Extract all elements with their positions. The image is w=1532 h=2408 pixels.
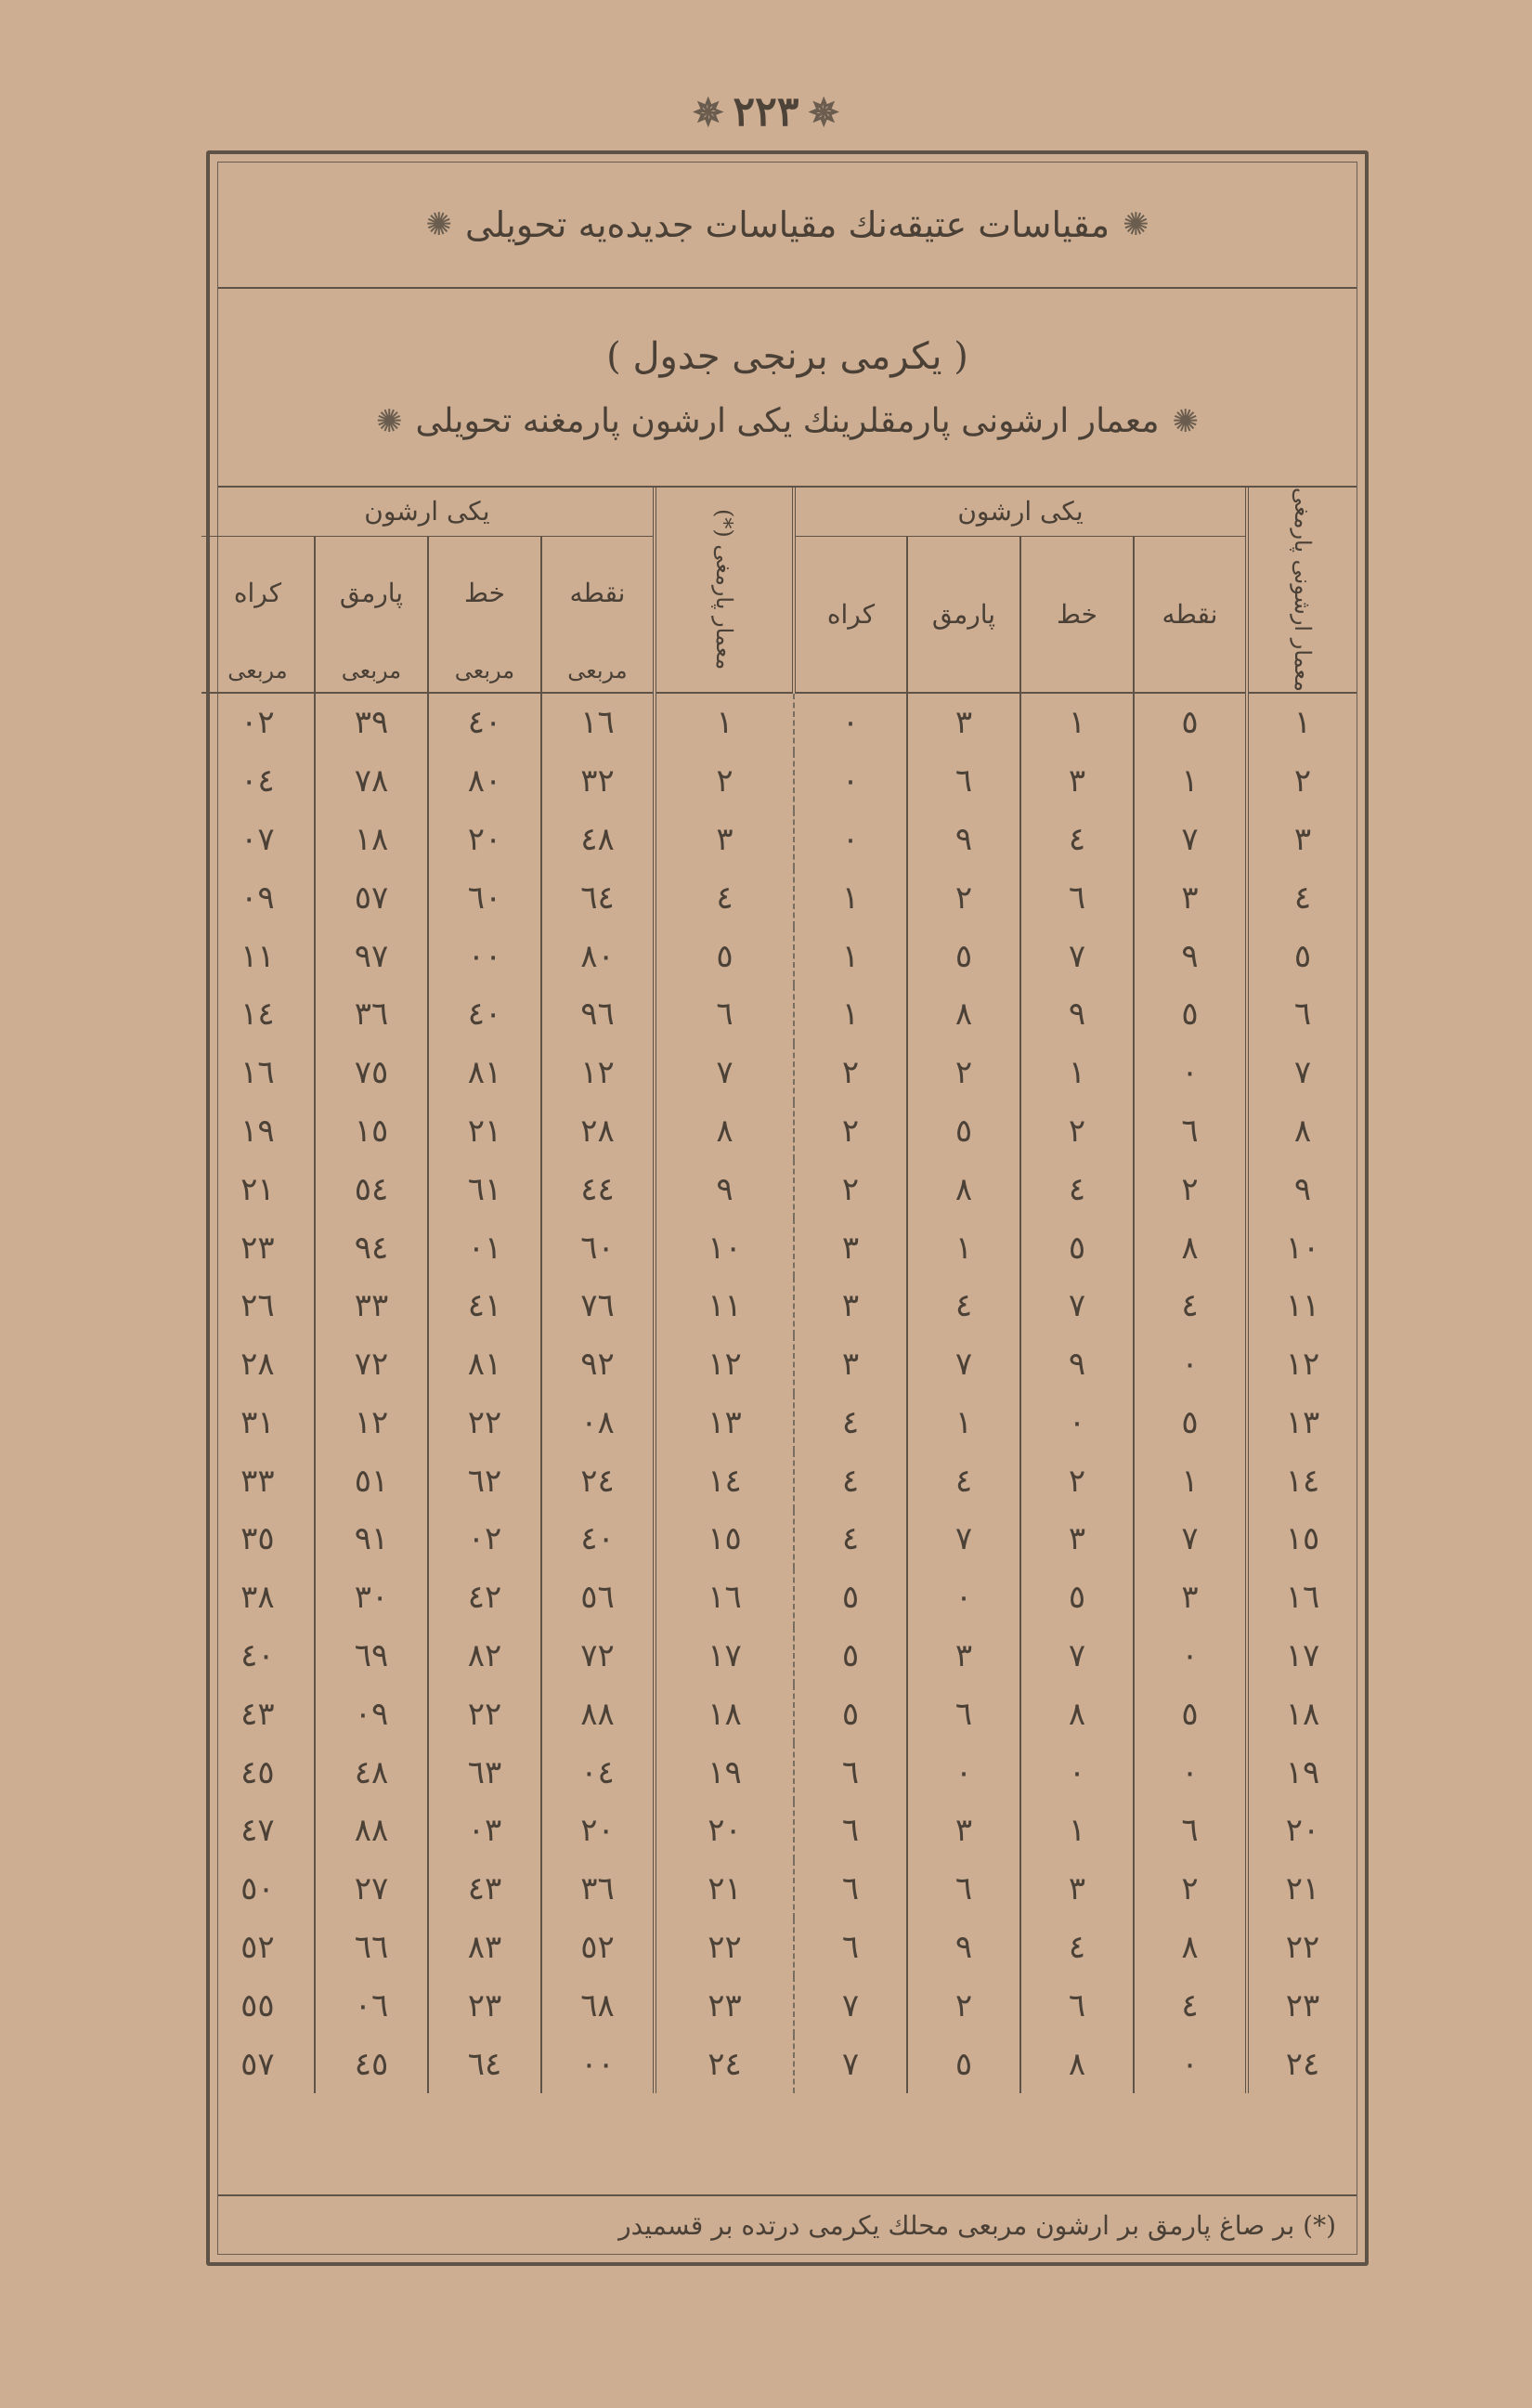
- cell-middle-key: ٢٣: [655, 1976, 794, 2035]
- cell-r-hat: ٤: [1020, 1160, 1134, 1218]
- cell-l-parmak: ٣٩: [315, 693, 428, 752]
- cell-r-parmak: ٦: [907, 752, 1020, 811]
- cell-r-hat: ١: [1020, 693, 1134, 752]
- cell-l-hat: ٦٤: [428, 2035, 541, 2093]
- cell-r-parmak: ٧: [907, 1510, 1020, 1568]
- ornament-icon: ✺: [376, 403, 403, 440]
- cell-r-kerah: ٠: [794, 693, 907, 752]
- cell-old-parmak: ١١: [1247, 1277, 1357, 1335]
- cell-l-kerah: ٢٦: [201, 1277, 315, 1335]
- cell-middle-key: ٢١: [655, 1860, 794, 1919]
- cell-l-parmak: ٥١: [315, 1451, 428, 1510]
- cell-l-kerah: ٥٠: [201, 1860, 315, 1919]
- cell-r-kerah: ١: [794, 985, 907, 1044]
- cell-l-hat: ٢٢: [428, 1685, 541, 1743]
- cell-r-kerah: ٦: [794, 1919, 907, 1977]
- cell-r-hat: ٤: [1020, 1919, 1134, 1977]
- cell-r-kerah: ٢: [794, 1160, 907, 1218]
- cell-middle-key: ١: [655, 693, 794, 752]
- header-group-right: یكی ارشون: [794, 488, 1247, 536]
- subtitle-box: ( یكرمی برنجی جدول ) ✺معمار ارشونی پارمق…: [218, 289, 1357, 488]
- cell-l-kerah: ٤٠: [201, 1627, 315, 1686]
- cell-old-parmak: ١٤: [1247, 1451, 1357, 1510]
- cell-r-parmak: ٨: [907, 1160, 1020, 1218]
- cell-l-nokta: ٣٦: [541, 1860, 655, 1919]
- cell-old-parmak: ٢٢: [1247, 1919, 1357, 1977]
- cell-l-kerah: ٢٣: [201, 1218, 315, 1277]
- cell-r-kerah: ٧: [794, 1976, 907, 2035]
- cell-l-hat: ٠٣: [428, 1802, 541, 1860]
- cell-old-parmak: ١٩: [1247, 1743, 1357, 1802]
- table-row: ٩٢٤٨٢٩٤٤٦١٥٤٢١: [201, 1160, 1357, 1218]
- cell-old-parmak: ٣: [1247, 811, 1357, 869]
- cell-l-kerah: ٣٨: [201, 1568, 315, 1627]
- cell-l-kerah: ٥٢: [201, 1919, 315, 1977]
- cell-l-kerah: ٠٩: [201, 868, 315, 927]
- cell-r-nokta: ٩: [1134, 927, 1247, 985]
- cell-old-parmak: ١٨: [1247, 1685, 1357, 1743]
- table-row: ٧٠١٢٢٧١٢٨١٧٥١٦: [201, 1044, 1357, 1102]
- table-heading-text: معمار ارشونی پارمقلرینك یكی ارشون پارمغن…: [416, 402, 1160, 440]
- page-number-text: ٢٢٣: [734, 88, 799, 136]
- cell-l-kerah: ٠٤: [201, 752, 315, 811]
- cell-l-kerah: ٢٨: [201, 1335, 315, 1394]
- cell-r-parmak: ٣: [907, 693, 1020, 752]
- cell-r-parmak: ٥: [907, 1102, 1020, 1161]
- cell-l-parmak: ١٨: [315, 811, 428, 869]
- table-row: ١٧٠٧٣٥١٧٧٢٨٢٦٩٤٠: [201, 1627, 1357, 1686]
- cell-r-hat: ٧: [1020, 927, 1134, 985]
- cell-middle-key: ١٤: [655, 1451, 794, 1510]
- cell-r-hat: ٣: [1020, 1860, 1134, 1919]
- cell-r-kerah: ٣: [794, 1218, 907, 1277]
- cell-old-parmak: ١٢: [1247, 1335, 1357, 1394]
- cell-r-hat: ٤: [1020, 811, 1134, 869]
- cell-l-kerah: ١١: [201, 927, 315, 985]
- header-unit: مربعی: [541, 650, 655, 693]
- header-l-nokta: نقطه: [541, 536, 655, 650]
- cell-r-hat: ٥: [1020, 1568, 1134, 1627]
- cell-r-parmak: ٤: [907, 1277, 1020, 1335]
- cell-old-parmak: ٢١: [1247, 1860, 1357, 1919]
- cell-r-hat: ٩: [1020, 1335, 1134, 1394]
- table-row: ١٤١٢٤٤١٤٢٤٦٢٥١٣٣: [201, 1451, 1357, 1510]
- cell-old-parmak: ٧: [1247, 1044, 1357, 1102]
- header-old-arshun-parmak: معمار ارشونی پارمغی: [1247, 488, 1357, 693]
- cell-r-parmak: ٢: [907, 1976, 1020, 2035]
- cell-r-nokta: ٧: [1134, 811, 1247, 869]
- header-unit: مربعی: [315, 650, 428, 693]
- cell-middle-key: ٧: [655, 1044, 794, 1102]
- cell-l-parmak: ٩٤: [315, 1218, 428, 1277]
- cell-l-parmak: ٧٢: [315, 1335, 428, 1394]
- cell-l-nokta: ٠٨: [541, 1394, 655, 1452]
- conversion-table: معمار ارشونی پارمغی یكی ارشون معمار پارم…: [201, 488, 1357, 2093]
- cell-r-parmak: ٩: [907, 1919, 1020, 1977]
- cell-r-hat: ٠: [1020, 1394, 1134, 1452]
- cell-r-kerah: ٤: [794, 1510, 907, 1568]
- page-number: ✵٢٢٣✵: [0, 88, 1532, 136]
- cell-l-hat: ٠١: [428, 1218, 541, 1277]
- cell-middle-key: ١٢: [655, 1335, 794, 1394]
- cell-r-nokta: ٥: [1134, 1685, 1247, 1743]
- cell-l-nokta: ٤٤: [541, 1160, 655, 1218]
- cell-r-parmak: ٣: [907, 1627, 1020, 1686]
- cell-r-nokta: ١: [1134, 752, 1247, 811]
- cell-r-nokta: ٠: [1134, 1743, 1247, 1802]
- cell-r-parmak: ١: [907, 1394, 1020, 1452]
- cell-l-hat: ٦١: [428, 1160, 541, 1218]
- cell-l-hat: ٢٠: [428, 811, 541, 869]
- page-title: مقیاسات عتیقه‌نك مقیاسات جدیده‌یه تحویلی: [465, 204, 1110, 245]
- cell-r-kerah: ٥: [794, 1568, 907, 1627]
- cell-middle-key: ١٣: [655, 1394, 794, 1452]
- table-row: ٤٣٦٢١٤٦٤٦٠٥٧٠٩: [201, 868, 1357, 927]
- cell-l-hat: ٠٠: [428, 927, 541, 985]
- cell-l-parmak: ٧٨: [315, 752, 428, 811]
- cell-l-hat: ٢٢: [428, 1394, 541, 1452]
- table-row: ٢٠٦١٣٦٢٠٢٠٠٣٨٨٤٧: [201, 1802, 1357, 1860]
- table-row: ٢١٣٦٠٢٣٢٨٠٧٨٠٤: [201, 752, 1357, 811]
- cell-r-parmak: ٠: [907, 1743, 1020, 1802]
- cell-r-nokta: ٣: [1134, 868, 1247, 927]
- cell-r-nokta: ٤: [1134, 1976, 1247, 2035]
- cell-r-nokta: ٠: [1134, 1044, 1247, 1102]
- table-inner-frame: ✺ مقیاسات عتیقه‌نك مقیاسات جدیده‌یه تحوی…: [217, 162, 1357, 2255]
- cell-r-parmak: ٥: [907, 927, 1020, 985]
- cell-l-hat: ٨١: [428, 1044, 541, 1102]
- cell-r-hat: ١: [1020, 1802, 1134, 1860]
- cell-r-hat: ٨: [1020, 2035, 1134, 2093]
- cell-middle-key: ٥: [655, 927, 794, 985]
- cell-l-parmak: ٣٣: [315, 1277, 428, 1335]
- cell-l-hat: ٦٠: [428, 868, 541, 927]
- cell-r-parmak: ٧: [907, 1335, 1020, 1394]
- cell-l-parmak: ٩١: [315, 1510, 428, 1568]
- header-group-left: یكی ارشون: [201, 488, 655, 536]
- cell-r-kerah: ٣: [794, 1335, 907, 1394]
- table-row: ١٥٧٣٧٤١٥٤٠٠٢٩١٣٥: [201, 1510, 1357, 1568]
- cell-old-parmak: ٩: [1247, 1160, 1357, 1218]
- table-body: ١٥١٣٠١١٦٤٠٣٩٠٢٢١٣٦٠٢٣٢٨٠٧٨٠٤٣٧٤٩٠٣٤٨٢٠١٨…: [201, 693, 1357, 2093]
- table-row: ١١٤٧٤٣١١٧٦٤١٣٣٢٦: [201, 1277, 1357, 1335]
- ornament-icon: ✺: [425, 206, 452, 243]
- cell-l-kerah: ١٤: [201, 985, 315, 1044]
- header-unit: مربعی: [428, 650, 541, 693]
- cell-r-kerah: ٤: [794, 1394, 907, 1452]
- cell-old-parmak: ١٠: [1247, 1218, 1357, 1277]
- cell-old-parmak: ٢٤: [1247, 2035, 1357, 2093]
- cell-middle-key: ٤: [655, 868, 794, 927]
- cell-l-kerah: ٥٥: [201, 1976, 315, 2035]
- table-row: ١٥١٣٠١١٦٤٠٣٩٠٢: [201, 693, 1357, 752]
- cell-r-nokta: ١: [1134, 1451, 1247, 1510]
- cell-l-nokta: ١٢: [541, 1044, 655, 1102]
- cell-r-nokta: ٠: [1134, 1627, 1247, 1686]
- cell-old-parmak: ١: [1247, 693, 1357, 752]
- cell-l-kerah: ١٩: [201, 1102, 315, 1161]
- cell-r-hat: ٦: [1020, 1976, 1134, 2035]
- cell-r-kerah: ٦: [794, 1743, 907, 1802]
- cell-r-kerah: ٥: [794, 1685, 907, 1743]
- cell-l-hat: ٢١: [428, 1102, 541, 1161]
- cell-middle-key: ١٠: [655, 1218, 794, 1277]
- cell-r-kerah: ٤: [794, 1451, 907, 1510]
- cell-old-parmak: ٢: [1247, 752, 1357, 811]
- cell-l-hat: ٨٢: [428, 1627, 541, 1686]
- cell-middle-key: ١١: [655, 1277, 794, 1335]
- cell-r-parmak: ٦: [907, 1685, 1020, 1743]
- cell-l-nokta: ٨٨: [541, 1685, 655, 1743]
- cell-r-kerah: ٣: [794, 1277, 907, 1335]
- cell-l-nokta: ٦٤: [541, 868, 655, 927]
- cell-l-parmak: ٣٦: [315, 985, 428, 1044]
- cell-l-nokta: ٤٨: [541, 811, 655, 869]
- cell-l-hat: ٤٠: [428, 693, 541, 752]
- cell-r-hat: ٥: [1020, 1218, 1134, 1277]
- table-frame: ✺ مقیاسات عتیقه‌نك مقیاسات جدیده‌یه تحوی…: [206, 150, 1369, 2266]
- cell-r-nokta: ٥: [1134, 1394, 1247, 1452]
- cell-l-nokta: ٢٤: [541, 1451, 655, 1510]
- table-row: ٣٧٤٩٠٣٤٨٢٠١٨٠٧: [201, 811, 1357, 869]
- cell-r-hat: ٩: [1020, 985, 1134, 1044]
- cell-l-parmak: ٠٦: [315, 1976, 428, 2035]
- cell-old-parmak: ٢٠: [1247, 1802, 1357, 1860]
- cell-r-parmak: ١: [907, 1218, 1020, 1277]
- table-row: ٨٦٢٥٢٨٢٨٢١١٥١٩: [201, 1102, 1357, 1161]
- cell-r-parmak: ٨: [907, 985, 1020, 1044]
- cell-old-parmak: ٨: [1247, 1102, 1357, 1161]
- ornament-icon: ✺: [1173, 403, 1200, 440]
- cell-l-parmak: ٥٤: [315, 1160, 428, 1218]
- cell-r-hat: ٨: [1020, 1685, 1134, 1743]
- cell-middle-key: ١٧: [655, 1627, 794, 1686]
- cell-r-nokta: ٠: [1134, 1335, 1247, 1394]
- cell-l-parmak: ١٥: [315, 1102, 428, 1161]
- cell-middle-key: ١٩: [655, 1743, 794, 1802]
- cell-r-hat: ١: [1020, 1044, 1134, 1102]
- cell-middle-key: ١٨: [655, 1685, 794, 1743]
- cell-old-parmak: ١٧: [1247, 1627, 1357, 1686]
- cell-l-kerah: ٠٢: [201, 693, 315, 752]
- table-row: ١٣٥٠١٤١٣٠٨٢٢١٢٣١: [201, 1394, 1357, 1452]
- cell-l-nokta: ٢٠: [541, 1802, 655, 1860]
- table-row: ٦٥٩٨١٦٩٦٤٠٣٦١٤: [201, 985, 1357, 1044]
- cell-l-parmak: ٨٨: [315, 1802, 428, 1860]
- cell-l-parmak: ٠٩: [315, 1685, 428, 1743]
- header-l-kerah: كراه: [201, 536, 315, 650]
- cell-l-nokta: ٩٢: [541, 1335, 655, 1394]
- cell-r-kerah: ٦: [794, 1802, 907, 1860]
- cell-r-kerah: ٢: [794, 1102, 907, 1161]
- cell-l-kerah: ٣١: [201, 1394, 315, 1452]
- table-row: ١٠٨٥١٣١٠٦٠٠١٩٤٢٣: [201, 1218, 1357, 1277]
- cell-l-hat: ٢٣: [428, 1976, 541, 2035]
- cell-r-nokta: ٧: [1134, 1510, 1247, 1568]
- cell-r-parmak: ٢: [907, 868, 1020, 927]
- cell-r-nokta: ٢: [1134, 1860, 1247, 1919]
- cell-r-hat: ٧: [1020, 1627, 1134, 1686]
- cell-l-nokta: ٤٠: [541, 1510, 655, 1568]
- cell-r-kerah: ١: [794, 927, 907, 985]
- cell-old-parmak: ٦: [1247, 985, 1357, 1044]
- cell-l-parmak: ١٢: [315, 1394, 428, 1452]
- cell-middle-key: ٣: [655, 811, 794, 869]
- table-row: ٢١٢٣٦٦٢١٣٦٤٣٢٧٥٠: [201, 1860, 1357, 1919]
- cell-r-nokta: ٥: [1134, 693, 1247, 752]
- cell-r-nokta: ٥: [1134, 985, 1247, 1044]
- header-l-parmak: پارمق: [315, 536, 428, 650]
- cell-middle-key: ١٦: [655, 1568, 794, 1627]
- cell-l-parmak: ٢٧: [315, 1860, 428, 1919]
- cell-r-nokta: ٨: [1134, 1218, 1247, 1277]
- cell-r-nokta: ٢: [1134, 1160, 1247, 1218]
- cell-l-kerah: ٣٥: [201, 1510, 315, 1568]
- cell-r-hat: ٦: [1020, 868, 1134, 927]
- cell-r-hat: ٢: [1020, 1451, 1134, 1510]
- cell-old-parmak: ٥: [1247, 927, 1357, 985]
- cell-r-parmak: ٦: [907, 1860, 1020, 1919]
- cell-middle-key: ٦: [655, 985, 794, 1044]
- cell-l-hat: ٨٣: [428, 1919, 541, 1977]
- cell-r-hat: ٣: [1020, 1510, 1134, 1568]
- table-row: ٢٤٠٨٥٧٢٤٠٠٦٤٤٥٥٧: [201, 2035, 1357, 2093]
- cell-old-parmak: ١٦: [1247, 1568, 1357, 1627]
- cell-r-hat: ٣: [1020, 752, 1134, 811]
- cell-l-nokta: ٣٢: [541, 752, 655, 811]
- cell-r-kerah: ٢: [794, 1044, 907, 1102]
- cell-l-parmak: ٩٧: [315, 927, 428, 985]
- header-r-parmak: پارمق: [907, 536, 1020, 693]
- title-box: ✺ مقیاسات عتیقه‌نك مقیاسات جدیده‌یه تحوی…: [218, 163, 1357, 289]
- cell-r-parmak: ٥: [907, 2035, 1020, 2093]
- cell-r-kerah: ٦: [794, 1860, 907, 1919]
- cell-l-hat: ٠٢: [428, 1510, 541, 1568]
- footnote: (*) بر صاغ پارمق بر ارشون مربعی محلك یكر…: [218, 2194, 1357, 2254]
- cell-l-parmak: ٦٦: [315, 1919, 428, 1977]
- cell-r-nokta: ٤: [1134, 1277, 1247, 1335]
- cell-l-parmak: ٤٨: [315, 1743, 428, 1802]
- cell-r-kerah: ٠: [794, 811, 907, 869]
- cell-l-nokta: ٧٦: [541, 1277, 655, 1335]
- cell-l-nokta: ٦٠: [541, 1218, 655, 1277]
- ornament-icon: ✵: [693, 91, 724, 135]
- cell-l-hat: ٤١: [428, 1277, 541, 1335]
- cell-l-kerah: ٤٣: [201, 1685, 315, 1743]
- cell-l-parmak: ٦٩: [315, 1627, 428, 1686]
- cell-l-nokta: ٠٠: [541, 2035, 655, 2093]
- header-r-kerah: كراه: [794, 536, 907, 693]
- header-r-nokta: نقطه: [1134, 536, 1247, 693]
- cell-l-kerah: ٤٧: [201, 1802, 315, 1860]
- cell-r-hat: ٠: [1020, 1743, 1134, 1802]
- cell-l-nokta: ٦٨: [541, 1976, 655, 2035]
- cell-l-hat: ٤٠: [428, 985, 541, 1044]
- cell-r-kerah: ٠: [794, 752, 907, 811]
- cell-middle-key: ٩: [655, 1160, 794, 1218]
- header-unit: مربعی: [201, 650, 315, 693]
- cell-old-parmak: ١٣: [1247, 1394, 1357, 1452]
- cell-l-kerah: ٠٧: [201, 811, 315, 869]
- cell-l-parmak: ٣٠: [315, 1568, 428, 1627]
- ornament-icon: ✵: [808, 91, 839, 135]
- table-row: ١٦٣٥٠٥١٦٥٦٤٢٣٠٣٨: [201, 1568, 1357, 1627]
- cell-l-nokta: ٨٠: [541, 927, 655, 985]
- cell-l-kerah: ٣٣: [201, 1451, 315, 1510]
- table-row: ٥٩٧٥١٥٨٠٠٠٩٧١١: [201, 927, 1357, 985]
- cell-l-hat: ٨٠: [428, 752, 541, 811]
- table-row: ١٩٠٠٠٦١٩٠٤٦٣٤٨٤٥: [201, 1743, 1357, 1802]
- cell-l-nokta: ١٦: [541, 693, 655, 752]
- cell-middle-key: ٨: [655, 1102, 794, 1161]
- header-l-hat: خط: [428, 536, 541, 650]
- table-row: ١٨٥٨٦٥١٨٨٨٢٢٠٩٤٣: [201, 1685, 1357, 1743]
- cell-l-nokta: ٠٤: [541, 1743, 655, 1802]
- cell-middle-key: ٢: [655, 752, 794, 811]
- table-subtitle: ( یكرمی برنجی جدول ): [606, 335, 968, 378]
- cell-old-parmak: ٤: [1247, 868, 1357, 927]
- cell-l-hat: ٤٢: [428, 1568, 541, 1627]
- table-row: ١٢٠٩٧٣١٢٩٢٨١٧٢٢٨: [201, 1335, 1357, 1394]
- cell-middle-key: ٢٤: [655, 2035, 794, 2093]
- cell-l-hat: ٤٣: [428, 1860, 541, 1919]
- cell-r-parmak: ٤: [907, 1451, 1020, 1510]
- cell-r-kerah: ٧: [794, 2035, 907, 2093]
- cell-l-kerah: ٢١: [201, 1160, 315, 1218]
- cell-r-hat: ٢: [1020, 1102, 1134, 1161]
- header-r-hat: خط: [1020, 536, 1134, 693]
- cell-l-nokta: ٥٦: [541, 1568, 655, 1627]
- cell-r-nokta: ٦: [1134, 1102, 1247, 1161]
- cell-old-parmak: ١٥: [1247, 1510, 1357, 1568]
- table-row: ٢٢٨٤٩٦٢٢٥٢٨٣٦٦٥٢: [201, 1919, 1357, 1977]
- cell-l-kerah: ٥٧: [201, 2035, 315, 2093]
- cell-r-kerah: ٥: [794, 1627, 907, 1686]
- cell-l-hat: ٨١: [428, 1335, 541, 1394]
- cell-r-parmak: ٣: [907, 1802, 1020, 1860]
- cell-middle-key: ١٥: [655, 1510, 794, 1568]
- cell-r-nokta: ٨: [1134, 1919, 1247, 1977]
- table-heading: ✺معمار ارشونی پارمقلرینك یكی ارشون پارمغ…: [363, 402, 1212, 440]
- cell-r-parmak: ٩: [907, 811, 1020, 869]
- cell-l-kerah: ١٦: [201, 1044, 315, 1102]
- cell-r-hat: ٧: [1020, 1277, 1134, 1335]
- cell-l-parmak: ٤٥: [315, 2035, 428, 2093]
- header-middle-key: معمار پارمغی (*): [655, 488, 794, 693]
- cell-r-nokta: ٦: [1134, 1802, 1247, 1860]
- cell-r-kerah: ١: [794, 868, 907, 927]
- cell-middle-key: ٢٢: [655, 1919, 794, 1977]
- cell-r-parmak: ٠: [907, 1568, 1020, 1627]
- cell-l-parmak: ٧٥: [315, 1044, 428, 1102]
- cell-l-nokta: ٧٢: [541, 1627, 655, 1686]
- cell-l-kerah: ٤٥: [201, 1743, 315, 1802]
- table-row: ٢٣٤٦٢٧٢٣٦٨٢٣٠٦٥٥: [201, 1976, 1357, 2035]
- ornament-icon: ✺: [1123, 206, 1149, 243]
- cell-l-nokta: ٥٢: [541, 1919, 655, 1977]
- cell-r-nokta: ٣: [1134, 1568, 1247, 1627]
- cell-middle-key: ٢٠: [655, 1802, 794, 1860]
- cell-l-hat: ٦٢: [428, 1451, 541, 1510]
- cell-l-parmak: ٥٧: [315, 868, 428, 927]
- cell-old-parmak: ٢٣: [1247, 1976, 1357, 2035]
- cell-r-nokta: ٠: [1134, 2035, 1247, 2093]
- cell-l-hat: ٦٣: [428, 1743, 541, 1802]
- cell-l-nokta: ٩٦: [541, 985, 655, 1044]
- cell-l-nokta: ٢٨: [541, 1102, 655, 1161]
- cell-r-parmak: ٢: [907, 1044, 1020, 1102]
